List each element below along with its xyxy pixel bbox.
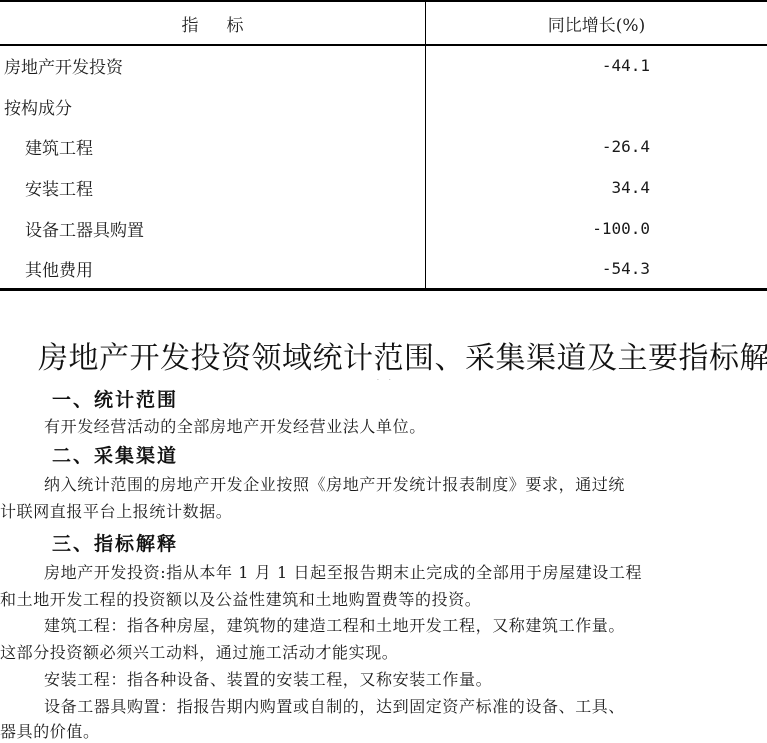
column-header-indicator: 指标 — [0, 1, 426, 45]
row-label: 建筑工程 — [0, 127, 426, 168]
paragraph-line: 有开发经营活动的全部房地产开发经营业法人单位。 — [44, 414, 426, 437]
document-title: 房地产开发投资领域统计范围、采集渠道及主要指标解 — [38, 333, 767, 377]
paragraph-line: 房地产开发投资:指从本年 1 月 1 日起至报告期末止完成的全部用于房屋建设工程 — [44, 560, 642, 583]
row-value-text: -54.3 — [426, 259, 650, 278]
section-heading-scope: 一、统计范围 — [52, 385, 178, 412]
row-value-text: -44.1 — [426, 56, 650, 75]
table-row: 房地产开发投资 -44.1 — [0, 45, 767, 86]
row-label: 安装工程 — [0, 167, 426, 208]
row-label: 房地产开发投资 — [0, 45, 426, 86]
table-row: 其他费用 -54.3 — [0, 249, 767, 290]
table-row: 安装工程 34.4 — [0, 167, 767, 208]
section-heading-channels: 二、采集渠道 — [52, 441, 178, 468]
row-label: 按构成分 — [0, 86, 426, 127]
table-header-row: 指标 同比增长(%) — [0, 1, 767, 45]
growth-table: 指标 同比增长(%) 房地产开发投资 -44.1 按构成分 建筑工程 -26.4… — [0, 0, 767, 291]
row-value: -26.4 — [426, 127, 767, 168]
row-value — [426, 86, 767, 127]
table-row: 设备工器具购置 -100.0 — [0, 208, 767, 249]
paragraph-line: 这部分投资额必须兴工动料，通过施工活动才能实现。 — [0, 640, 398, 663]
decorative-dots: · · — [377, 377, 397, 381]
row-label: 其他费用 — [0, 249, 426, 290]
paragraph-line: 纳入统计范围的房地产开发企业按照《房地产开发统计报表制度》要求，通过统 — [44, 472, 625, 495]
row-label: 设备工器具购置 — [0, 208, 426, 249]
paragraph-line: 安装工程：指各种设备、装置的安装工程，又称安装工作量。 — [44, 667, 492, 690]
paragraph-line: 器具的价值。 — [0, 719, 100, 742]
paragraph-line: 建筑工程：指各种房屋，建筑物的建造工程和土地开发工程，又称建筑工作量。 — [44, 613, 625, 636]
row-value: -100.0 — [426, 208, 767, 249]
row-value-text: 34.4 — [426, 178, 650, 197]
table-row: 按构成分 — [0, 86, 767, 127]
paragraph-line: 和土地开发工程的投资额以及公益性建筑和土地购置费等的投资。 — [0, 587, 481, 610]
row-value: 34.4 — [426, 167, 767, 208]
row-value-text: -26.4 — [426, 137, 650, 156]
row-value: -44.1 — [426, 45, 767, 86]
section-heading-definitions: 三、指标解释 — [52, 529, 178, 556]
paragraph-line: 设备工器具购置：指报告期内购置或自制的，达到固定资产标准的设备、工具、 — [44, 694, 625, 717]
row-value: -54.3 — [426, 249, 767, 290]
row-value-text: -100.0 — [426, 219, 650, 238]
paragraph-line: 计联网直报平台上报统计数据。 — [0, 499, 232, 522]
column-header-yoy-growth: 同比增长(%) — [426, 1, 767, 45]
table-row: 建筑工程 -26.4 — [0, 127, 767, 168]
